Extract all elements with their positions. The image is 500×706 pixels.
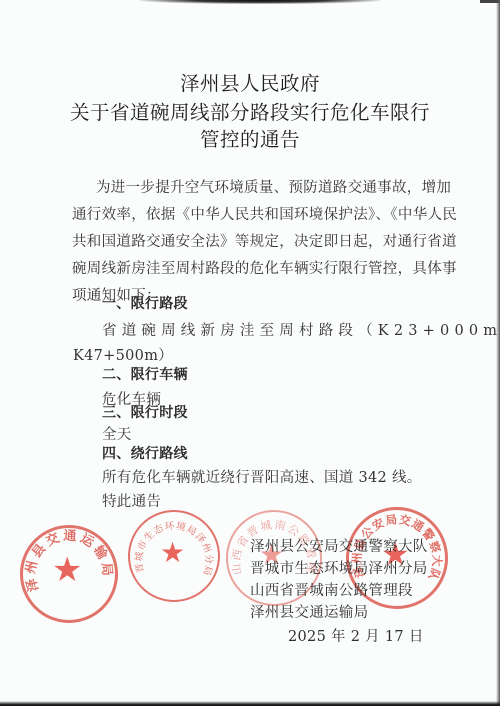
section-heading-vehicles: 二、限行车辆 xyxy=(102,364,188,384)
page-shadow-top xyxy=(140,0,380,4)
title-subject: 关于省道碗周线部分路段实行危化车限行 xyxy=(0,97,500,125)
star-icon: ★ xyxy=(160,536,185,569)
intro-line-4: 碗周线新房洼至周村路段的危化车辆实行限行管控，具体事 xyxy=(72,257,457,278)
signatory-transport-bureau: 泽州县交通运输局 xyxy=(250,601,368,622)
section-body-road-1: 省道碗周线新房洼至周村路段（K23+000m 至 xyxy=(102,319,500,340)
section-body-road-2: K47+500m） xyxy=(73,344,173,365)
page-shadow-bottom xyxy=(0,701,500,706)
document-date: 2025 年 2 月 17 日 xyxy=(288,625,424,646)
section-body-detour: 所有危化车辆就近绕行晋阳高速、国道 342 线。 xyxy=(102,466,422,487)
title-issuer: 泽州县人民政府 xyxy=(0,68,500,96)
intro-line-1: 为进一步提升空气环境质量、预防道路交通事故，增加 xyxy=(96,176,451,197)
seal-transport-bureau: 泽州县交通运输局 ★ xyxy=(20,525,118,623)
title-subject-cont: 管控的通告 xyxy=(0,124,500,152)
section-heading-detour: 四、绕行路线 xyxy=(102,443,188,463)
seal-ecology-bureau: 晋城市生态环境局泽州分局 ★ xyxy=(128,510,220,602)
closing-text: 特此通告 xyxy=(102,490,161,511)
section-heading-road: 一、限行路段 xyxy=(102,293,188,313)
section-heading-time: 三、限行时段 xyxy=(102,402,188,422)
intro-line-2: 通行效率，依据《中华人民共和国环境保护法》、《中华人民 xyxy=(72,203,457,224)
section-body-time: 全天 xyxy=(102,423,132,444)
star-icon: ★ xyxy=(52,550,82,590)
signatory-traffic-police: 泽州县公安局交通警察大队 xyxy=(250,535,428,556)
intro-line-3: 共和国道路交通安全法》等规定，决定即日起，对通行省道 xyxy=(72,230,457,251)
signatory-highway-section: 山西省晋城南公路管理段 xyxy=(250,579,413,600)
signatory-ecology-bureau: 晋城市生态环境局泽州分局 xyxy=(250,557,428,578)
